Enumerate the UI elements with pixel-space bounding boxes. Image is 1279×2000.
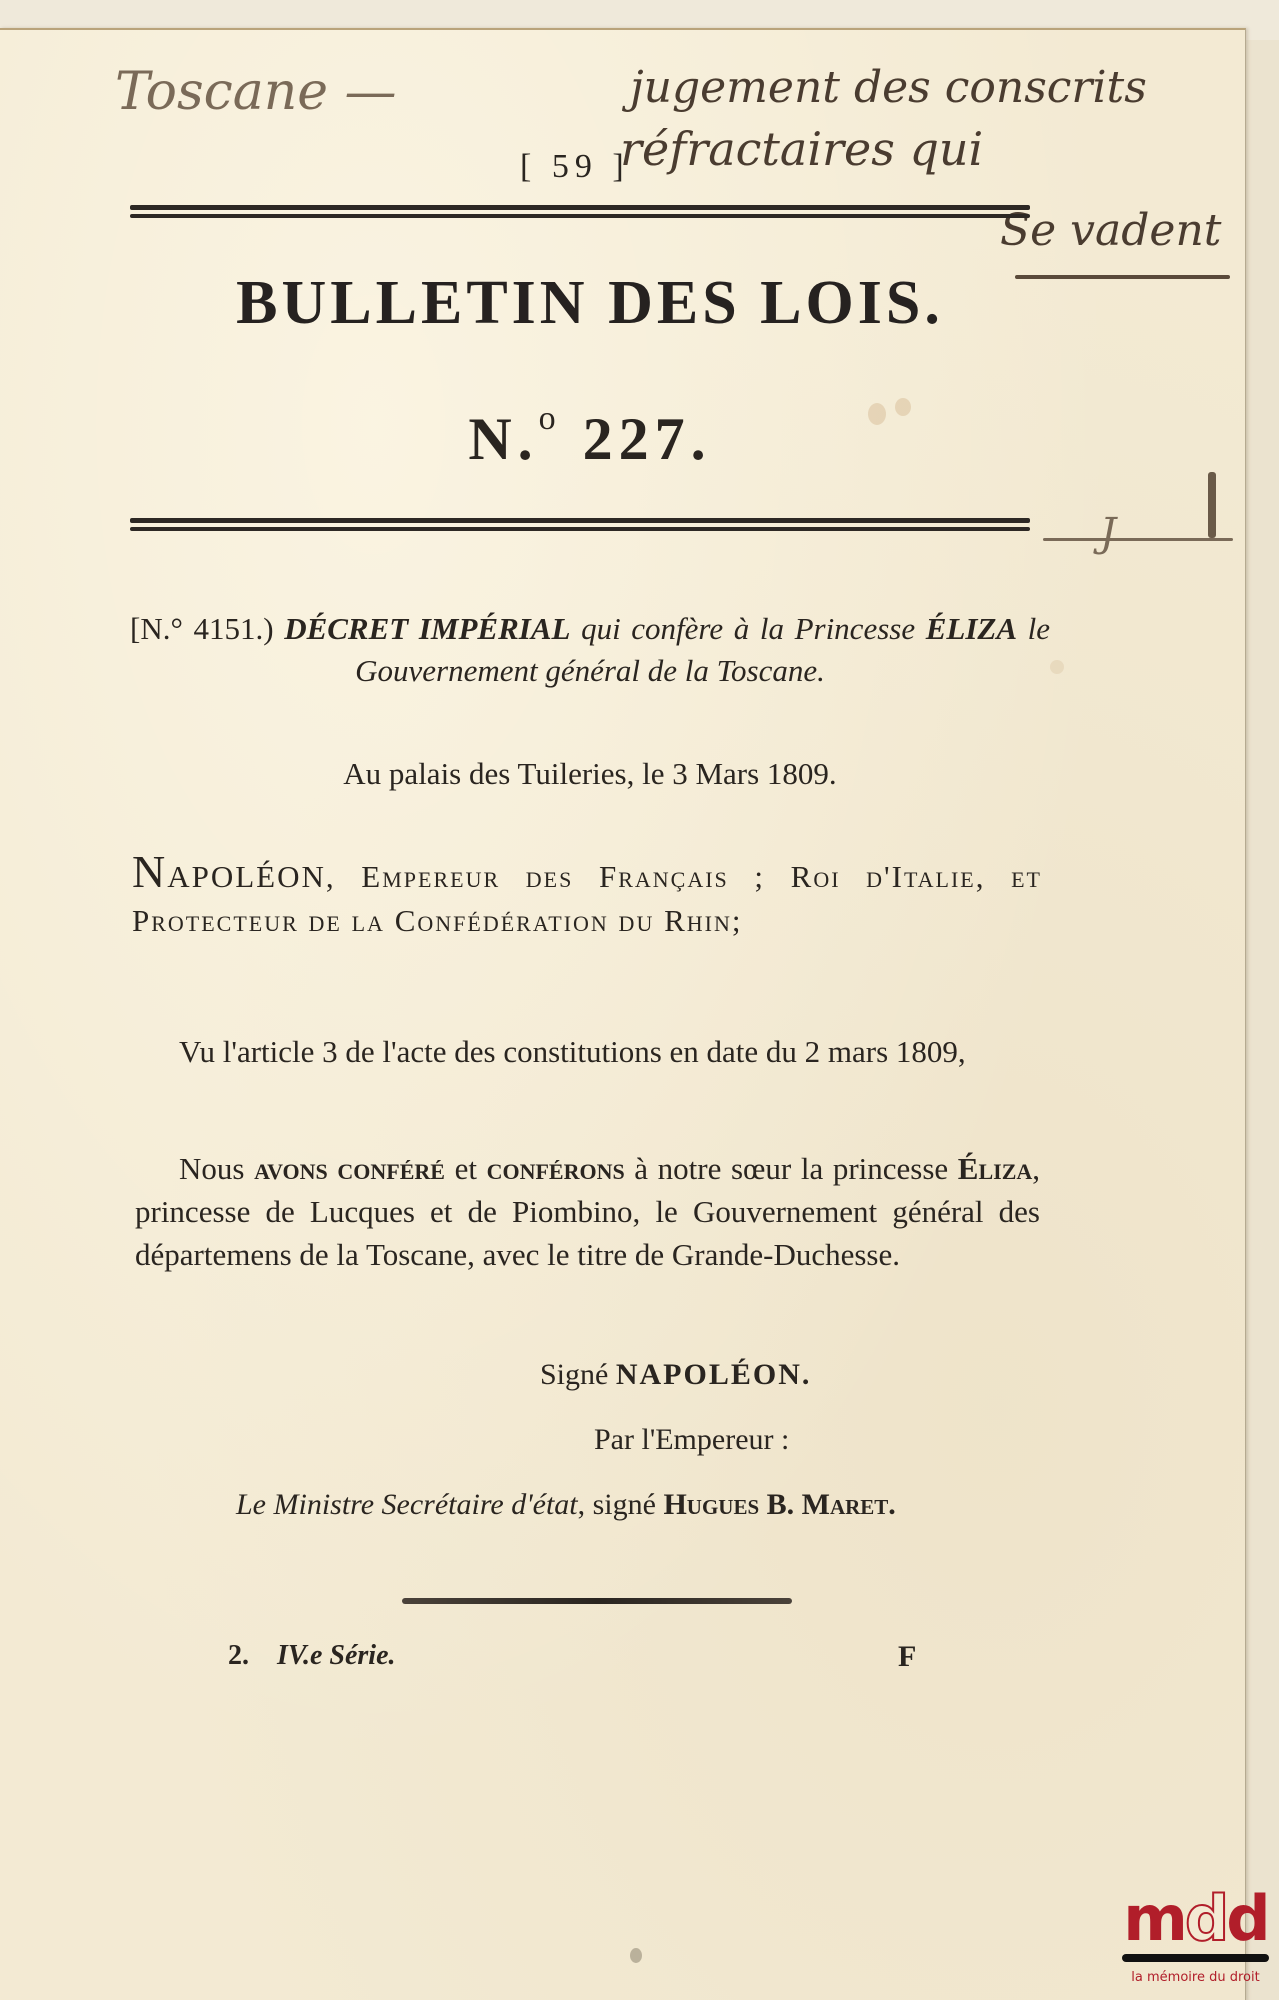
issue-value: 227. — [583, 406, 712, 472]
by-emperor: Par l'Empereur : — [594, 1423, 789, 1457]
paragraph-vu: Vu l'article 3 de l'acte des constitutio… — [135, 1030, 1040, 1073]
margin-mark-stroke — [1208, 472, 1216, 538]
paper-speck — [630, 1948, 642, 1963]
title-double-rule — [130, 518, 1030, 534]
page-number: [ 59 ] — [520, 148, 630, 186]
next-page-edge — [1245, 40, 1279, 2000]
p2-caps-3: Éliza — [958, 1151, 1032, 1186]
decree-heading: [N.° 4151.) DÉCRET IMPÉRIAL qui confère … — [130, 608, 1050, 692]
logo-tagline: la mémoire du droit — [1118, 1970, 1273, 1985]
p2-mid: et — [455, 1151, 477, 1186]
logo-underline — [1122, 1954, 1269, 1962]
decree-number: [N.° 4151.) — [130, 611, 274, 646]
mdd-logo-icon: mdd — [1118, 1890, 1273, 1948]
p2-start: Nous — [179, 1151, 244, 1186]
paragraph-nous-avons: Nous avons conféré et conférons à notre … — [135, 1147, 1040, 1276]
decree-subject-1: qui confère à la Princesse — [581, 611, 915, 646]
minister-title: Le Ministre Secrétaire d'état — [236, 1488, 578, 1521]
margin-note-toscane: Toscane — — [115, 62, 397, 122]
mdd-watermark-logo: mdd la mémoire du droit — [1118, 1890, 1273, 1985]
margin-checkmark-icon: J — [1100, 510, 1116, 556]
bulletin-title: BULLETIN DES LOIS. — [0, 268, 1180, 339]
signature-napoleon: Signé NAPOLÉON. — [540, 1358, 811, 1392]
closing-rule — [402, 1598, 792, 1604]
signature-mark: F — [898, 1640, 916, 1674]
place-and-date: Au palais des Tuileries, le 3 Mars 1809. — [0, 756, 1180, 792]
p2-caps-1: avons conféré — [254, 1151, 445, 1186]
issue-degree: o — [539, 400, 562, 437]
minister-name: Hugues B. Maret. — [663, 1488, 895, 1521]
foxing-stain — [1050, 660, 1064, 674]
top-double-rule — [130, 205, 1030, 221]
series-label: IV.e Série. — [277, 1640, 396, 1671]
issue-prefix: N. — [468, 406, 538, 472]
p2-caps-2: conférons — [487, 1151, 625, 1186]
minister-signature: Le Ministre Secrétaire d'état, signé Hug… — [236, 1488, 896, 1522]
signed-label: Signé — [540, 1358, 608, 1391]
minister-signed-label: , signé — [578, 1488, 656, 1521]
footer-series: 2.IV.e Série. — [228, 1640, 396, 1672]
drop-initial: N — [132, 846, 167, 897]
margin-note-line-2: réfractaires qui — [620, 122, 983, 176]
sheet-number: 2. — [228, 1640, 249, 1671]
margin-note-line-3: Se vadent — [1000, 205, 1221, 256]
p2-text-1: à notre sœur la princesse — [634, 1151, 948, 1186]
decree-name: ÉLIZA — [926, 611, 1017, 646]
preamble-text: APOLÉON, Empereur des Français ; Roi d'I… — [132, 859, 1042, 938]
margin-note-line-1: jugement des conscrits — [630, 62, 1147, 113]
signed-name: NAPOLÉON. — [616, 1358, 812, 1391]
margin-mark-line — [1043, 538, 1233, 541]
issue-number: N.o 227. — [0, 400, 1180, 474]
decree-type: DÉCRET IMPÉRIAL — [284, 611, 570, 646]
emperor-preamble: NAPOLÉON, Empereur des Français ; Roi d'… — [132, 850, 1042, 943]
